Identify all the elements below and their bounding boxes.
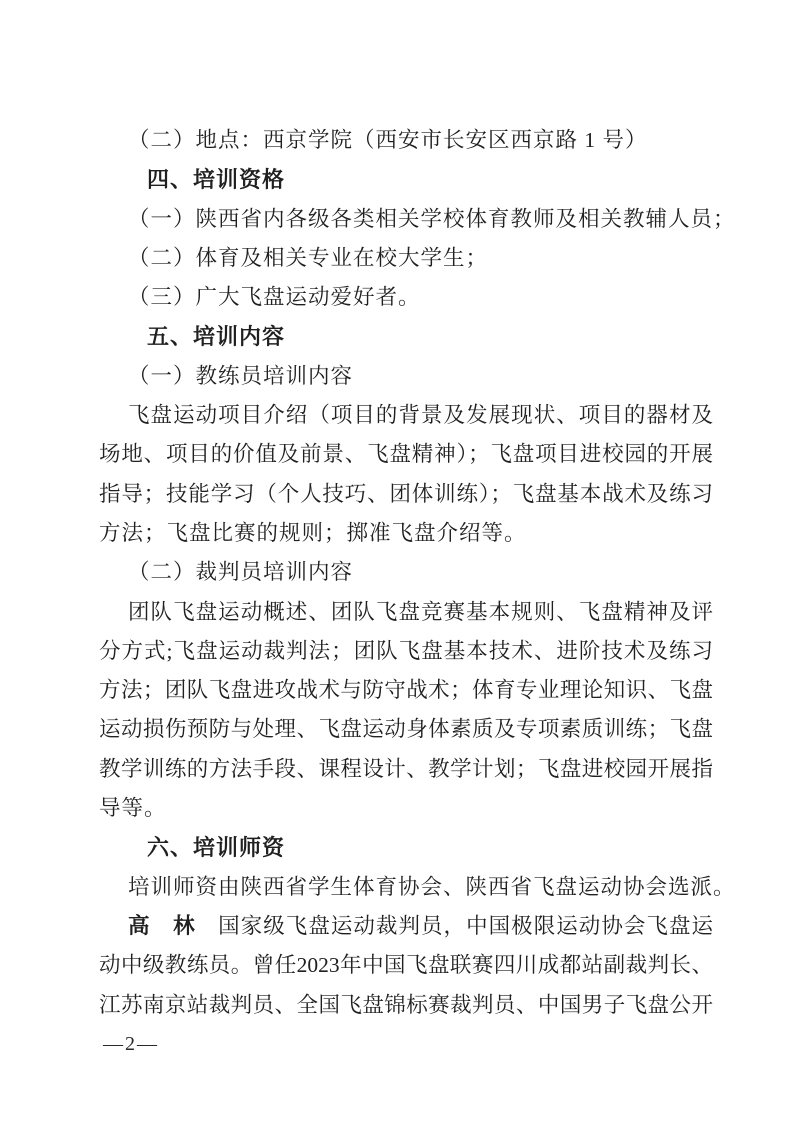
text-line: 团队飞盘运动概述、团队飞盘竞赛基本规则、飞盘精神及评 xyxy=(99,593,713,632)
text-line: 教学训练的方法手段、课程设计、教学计划；飞盘进校园开展指 xyxy=(99,750,713,789)
list-item-1: （一）陕西省内各级各类相关学校体育教师及相关教辅人员； xyxy=(99,200,713,239)
paragraph-coach-training: 飞盘运动项目介绍（项目的背景及发展现状、项目的器材及 场地、项目的价值及前景、飞… xyxy=(99,396,713,553)
text-line: 高 林 国家级飞盘运动裁判员，中国极限运动协会飞盘运 xyxy=(99,907,713,946)
paragraph-referee-training: 团队飞盘运动概述、团队飞盘竞赛基本规则、飞盘精神及评 分方式;飞盘运动裁判法；团… xyxy=(99,593,713,829)
section-heading-faculty: 六、培训师资 xyxy=(99,828,713,867)
text-line: 动中级教练员。曾任2023年中国飞盘联赛四川成都站副裁判长、 xyxy=(99,946,713,985)
sub-item-coach-content: （一）教练员培训内容 xyxy=(99,357,713,396)
paragraph-faculty-source: 培训师资由陕西省学生体育协会、陕西省飞盘运动协会选派。 xyxy=(99,868,713,907)
text-line: 场地、项目的价值及前景、飞盘精神）；飞盘项目进校园的开展 xyxy=(99,435,713,474)
text-line: 飞盘运动项目介绍（项目的背景及发展现状、项目的器材及 xyxy=(99,396,713,435)
list-item-3: （三）广大飞盘运动爱好者。 xyxy=(99,278,713,317)
text-line: 运动损伤预防与处理、飞盘运动身体素质及专项素质训练；飞盘 xyxy=(99,710,713,749)
text-line: 方法；团队飞盘进攻战术与防守战术；体育专业理论知识、飞盘 xyxy=(99,671,713,710)
instructor-bio-start: 国家级飞盘运动裁判员，中国极限运动协会飞盘运 xyxy=(196,914,713,938)
paragraph-instructor-bio: 高 林 国家级飞盘运动裁判员，中国极限运动协会飞盘运 动中级教练员。曾任2023… xyxy=(99,907,713,1025)
text-line: 江苏南京站裁判员、全国飞盘锦标赛裁判员、中国男子飞盘公开 xyxy=(99,986,713,1025)
section-heading-qualifications: 四、培训资格 xyxy=(99,160,713,199)
text-line: 分方式;飞盘运动裁判法；团队飞盘基本技术、进阶技术及练习 xyxy=(99,632,713,671)
list-item-2: （二）体育及相关专业在校大学生； xyxy=(99,239,713,278)
sub-item-referee-content: （二）裁判员培训内容 xyxy=(99,553,713,592)
document-body: （二）地点：西京学院（西安市长安区西京路 1 号） 四、培训资格 （一）陕西省内… xyxy=(99,121,713,1025)
instructor-name: 高 林 xyxy=(128,914,196,938)
text-line: 方法；飞盘比赛的规则；掷准飞盘介绍等。 xyxy=(99,514,713,553)
text-line: 指导；技能学习（个人技巧、团体训练）；飞盘基本战术及练习 xyxy=(99,475,713,514)
text-line: 导等。 xyxy=(99,789,713,828)
section-heading-content: 五、培训内容 xyxy=(99,317,713,356)
document-page: （二）地点：西京学院（西安市长安区西京路 1 号） 四、培训资格 （一）陕西省内… xyxy=(0,0,800,1131)
list-item-location: （二）地点：西京学院（西安市长安区西京路 1 号） xyxy=(99,121,713,160)
page-number: —2— xyxy=(103,1033,159,1056)
